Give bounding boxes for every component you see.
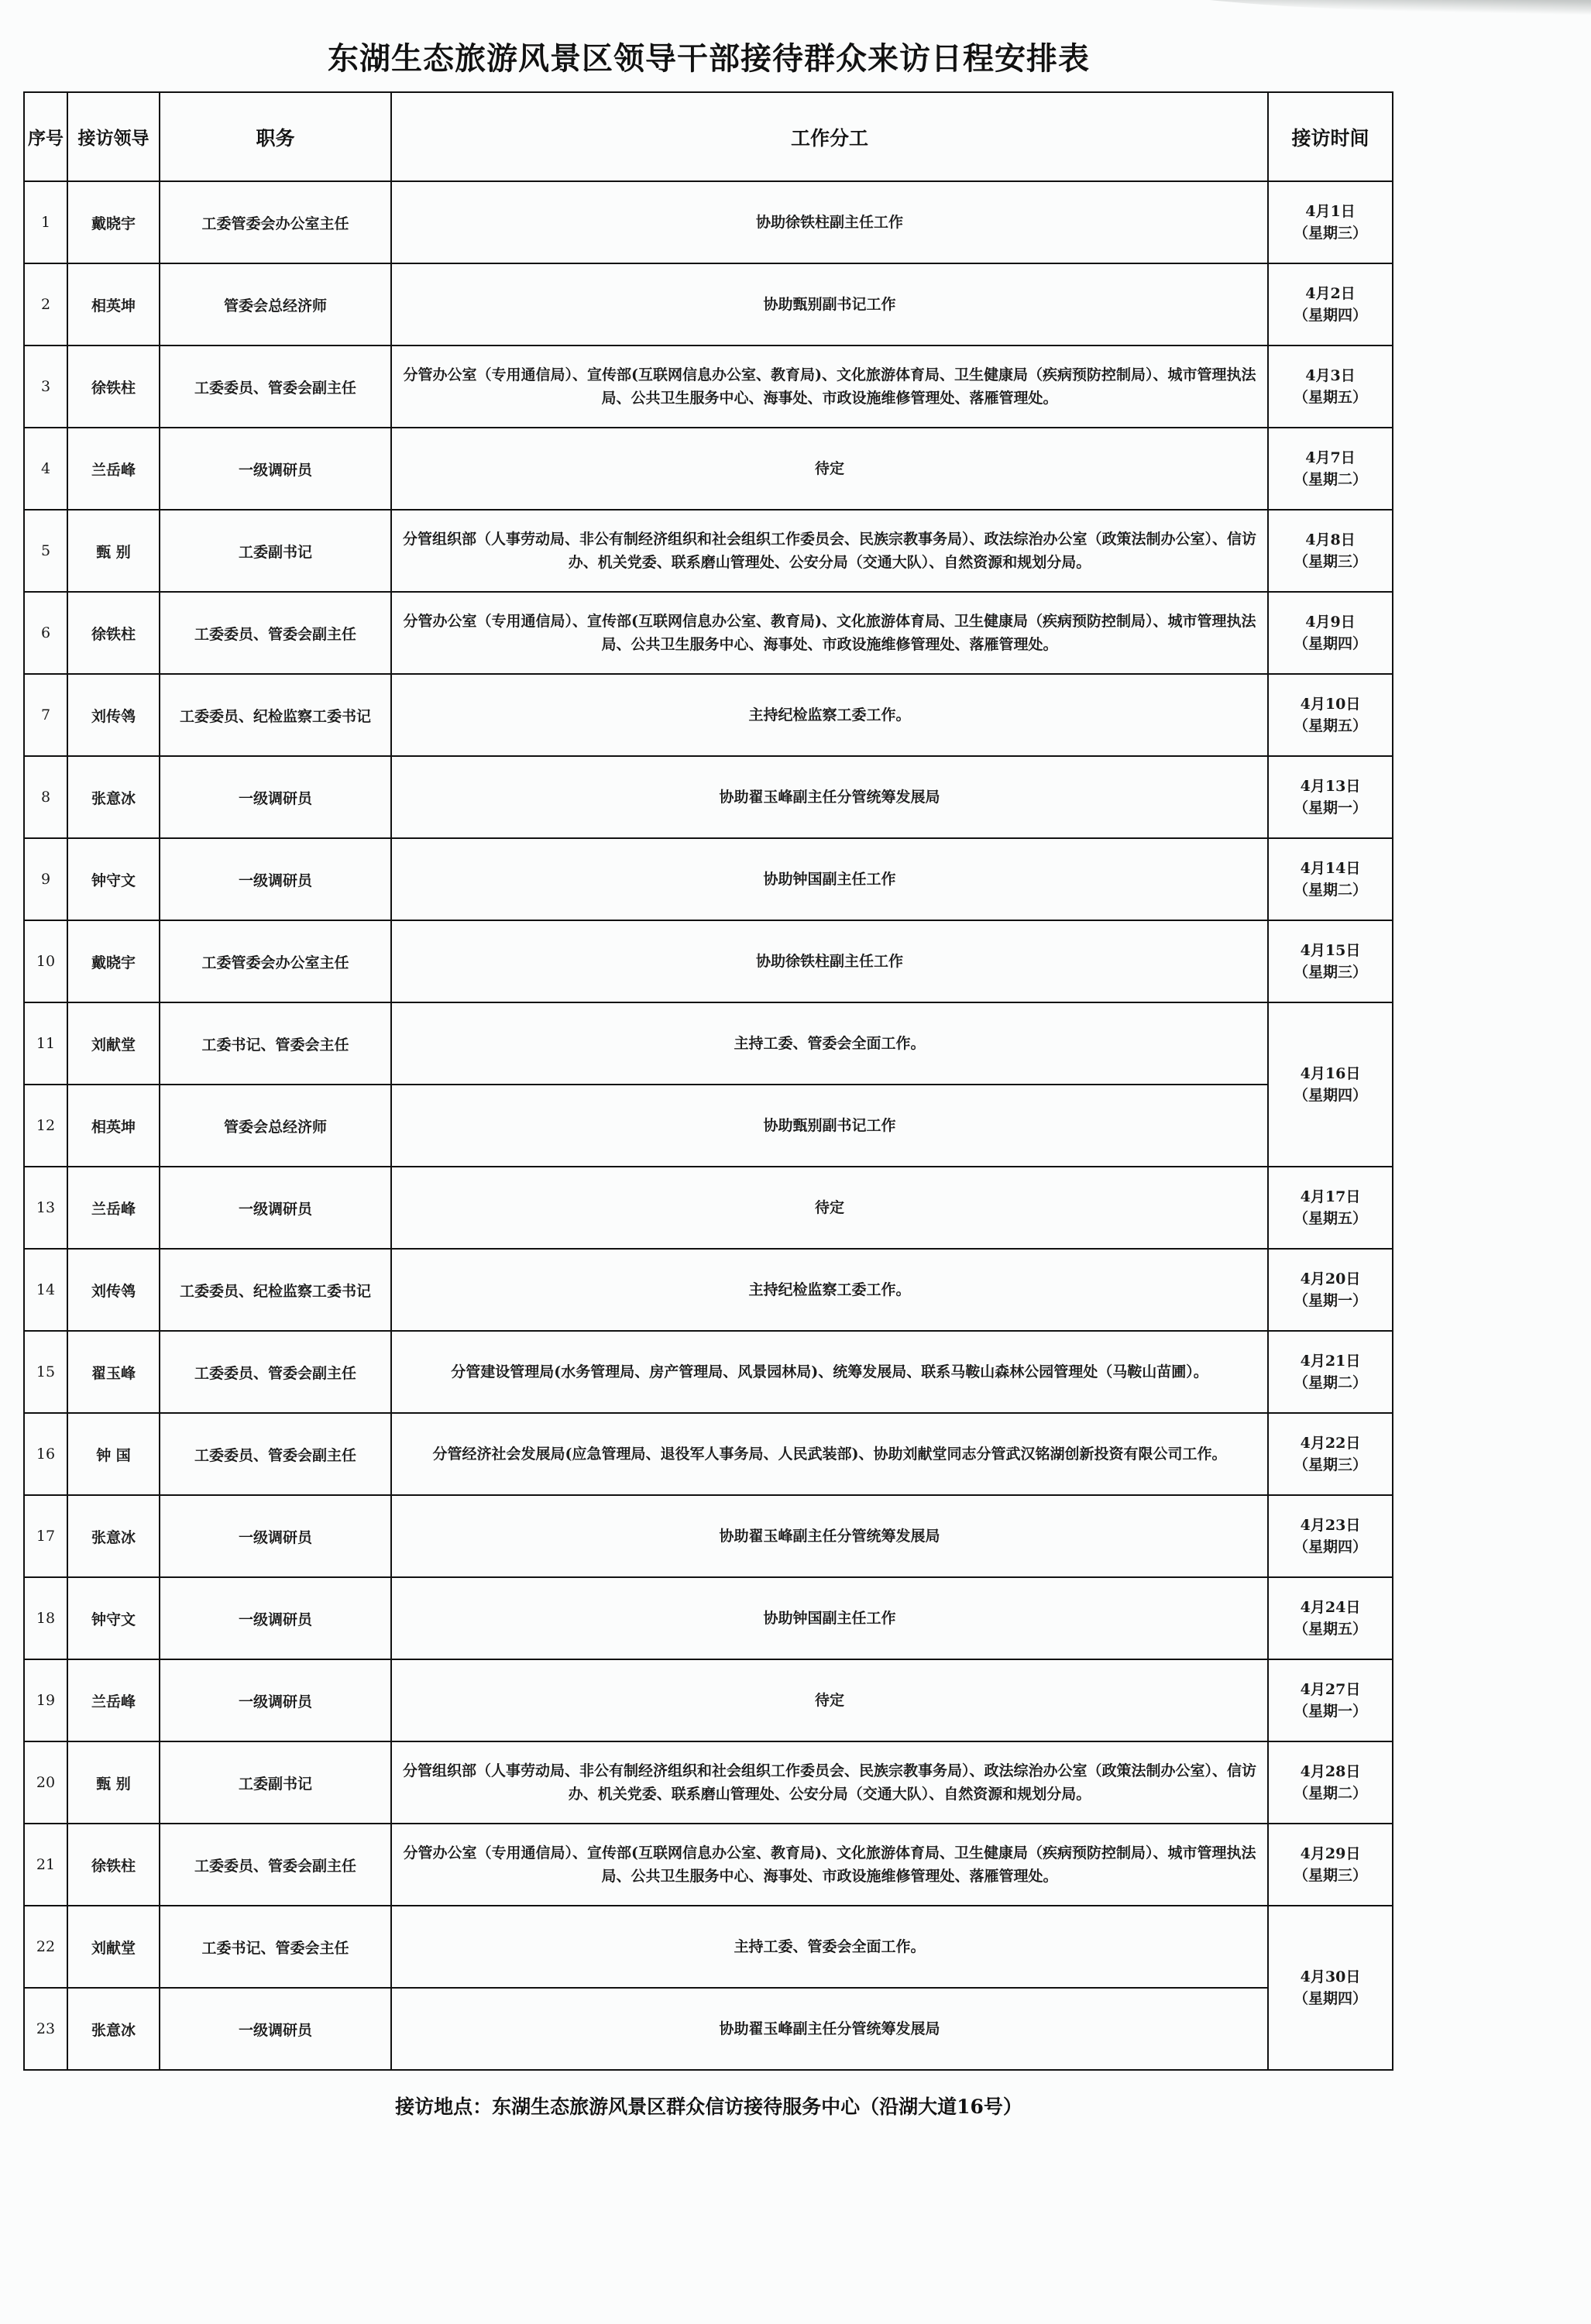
weekday-text: （星期四） (1273, 633, 1387, 655)
date-text: 4月1日 (1273, 201, 1387, 222)
weekday-text: （星期二） (1273, 879, 1387, 901)
row-leader: 刘传鸰 (67, 674, 160, 756)
row-index: 23 (24, 1988, 67, 2070)
date-text: 4月16日 (1273, 1063, 1387, 1085)
row-date: 4月14日（星期二） (1268, 838, 1393, 920)
weekday-text: （星期五） (1273, 387, 1387, 408)
row-date: 4月24日（星期五） (1268, 1577, 1393, 1659)
table-row: 4兰岳峰一级调研员待定4月7日（星期二） (24, 428, 1393, 510)
weekday-text: （星期三） (1273, 961, 1387, 983)
weekday-text: （星期三） (1273, 1454, 1387, 1476)
table-row: 19兰岳峰一级调研员待定4月27日（星期一） (24, 1659, 1393, 1741)
row-index: 10 (24, 920, 67, 1002)
row-leader: 翟玉峰 (67, 1331, 160, 1413)
row-duty: 协助徐铁柱副主任工作 (391, 920, 1268, 1002)
row-position: 工委委员、纪检监察工委书记 (160, 1249, 391, 1331)
table-row: 22刘献堂工委书记、管委会主任主持工委、管委会全面工作。4月30日（星期四） (24, 1906, 1393, 1988)
table-row: 3徐铁柱工委委员、管委会副主任分管办公室（专用通信局）、宣传部(互联网信息办公室… (24, 346, 1393, 428)
date-text: 4月20日 (1273, 1268, 1387, 1290)
table-row: 1戴晓宇工委管委会办公室主任协助徐铁柱副主任工作4月1日（星期三） (24, 181, 1393, 263)
table-row: 16钟 国工委委员、管委会副主任分管经济社会发展局(应急管理局、退役军人事务局、… (24, 1413, 1393, 1495)
table-row: 5甄 别工委副书记分管组织部（人事劳动局、非公有制经济组织和社会组织工作委员会、… (24, 510, 1393, 592)
date-text: 4月2日 (1273, 283, 1387, 304)
row-position: 工委副书记 (160, 510, 391, 592)
row-index: 1 (24, 181, 67, 263)
table-row: 11刘献堂工委书记、管委会主任主持工委、管委会全面工作。4月16日（星期四） (24, 1002, 1393, 1085)
row-position: 工委管委会办公室主任 (160, 181, 391, 263)
date-text: 4月13日 (1273, 775, 1387, 797)
row-leader: 徐铁柱 (67, 346, 160, 428)
row-leader: 相英坤 (67, 263, 160, 346)
row-date: 4月20日（星期一） (1268, 1249, 1393, 1331)
row-position: 一级调研员 (160, 756, 391, 838)
row-position: 一级调研员 (160, 1659, 391, 1741)
date-text: 4月14日 (1273, 858, 1387, 879)
header-leader: 接访领导 (67, 92, 160, 181)
table-header-row: 序号 接访领导 职务 工作分工 接访时间 (24, 92, 1393, 181)
date-text: 4月3日 (1273, 365, 1387, 387)
row-leader: 戴晓宇 (67, 181, 160, 263)
date-text: 4月24日 (1273, 1597, 1387, 1618)
row-leader: 兰岳峰 (67, 1659, 160, 1741)
row-duty: 分管办公室（专用通信局）、宣传部(互联网信息办公室、教育局)、文化旅游体育局、卫… (391, 1824, 1268, 1906)
date-text: 4月30日 (1273, 1966, 1387, 1988)
weekday-text: （星期三） (1273, 551, 1387, 572)
row-position: 一级调研员 (160, 1577, 391, 1659)
row-leader: 钟守文 (67, 1577, 160, 1659)
row-index: 7 (24, 674, 67, 756)
row-index: 3 (24, 346, 67, 428)
date-text: 4月21日 (1273, 1350, 1387, 1372)
weekday-text: （星期四） (1273, 1988, 1387, 2009)
table-row: 21徐铁柱工委委员、管委会副主任分管办公室（专用通信局）、宣传部(互联网信息办公… (24, 1824, 1393, 1906)
row-position: 一级调研员 (160, 428, 391, 510)
row-duty: 协助徐铁柱副主任工作 (391, 181, 1268, 263)
row-duty: 分管组织部（人事劳动局、非公有制经济组织和社会组织工作委员会、民族宗教事务局）、… (391, 510, 1268, 592)
row-date: 4月21日（星期二） (1268, 1331, 1393, 1413)
row-date: 4月13日（星期一） (1268, 756, 1393, 838)
row-duty: 协助钟国副主任工作 (391, 1577, 1268, 1659)
row-position: 工委书记、管委会主任 (160, 1906, 391, 1988)
table-row: 8张意冰一级调研员协助翟玉峰副主任分管统筹发展局4月13日（星期一） (24, 756, 1393, 838)
row-index: 19 (24, 1659, 67, 1741)
schedule-table: 序号 接访领导 职务 工作分工 接访时间 1戴晓宇工委管委会办公室主任协助徐铁柱… (23, 91, 1393, 2071)
weekday-text: （星期一） (1273, 1290, 1387, 1312)
row-date: 4月22日（星期三） (1268, 1413, 1393, 1495)
header-position: 职务 (160, 92, 391, 181)
row-index: 21 (24, 1824, 67, 1906)
table-row: 6徐铁柱工委委员、管委会副主任分管办公室（专用通信局）、宣传部(互联网信息办公室… (24, 592, 1393, 674)
row-index: 16 (24, 1413, 67, 1495)
weekday-text: （星期一） (1273, 797, 1387, 819)
row-duty: 协助甄别副书记工作 (391, 263, 1268, 346)
row-date: 4月7日（星期二） (1268, 428, 1393, 510)
row-index: 12 (24, 1085, 67, 1167)
row-leader: 兰岳峰 (67, 428, 160, 510)
date-text: 4月23日 (1273, 1514, 1387, 1536)
weekday-text: （星期四） (1273, 304, 1387, 326)
row-duty: 主持纪检监察工委工作。 (391, 1249, 1268, 1331)
row-date: 4月15日（星期三） (1268, 920, 1393, 1002)
row-index: 4 (24, 428, 67, 510)
reception-location-note: 接访地点：东湖生态旅游风景区群众信访接待服务中心（沿湖大道16号） (0, 2092, 1417, 2119)
row-duty: 待定 (391, 1659, 1268, 1741)
row-duty: 主持工委、管委会全面工作。 (391, 1906, 1268, 1988)
row-leader: 刘献堂 (67, 1002, 160, 1085)
row-index: 8 (24, 756, 67, 838)
row-leader: 戴晓宇 (67, 920, 160, 1002)
date-text: 4月22日 (1273, 1432, 1387, 1454)
date-text: 4月10日 (1273, 693, 1387, 715)
row-duty: 协助翟玉峰副主任分管统筹发展局 (391, 1495, 1268, 1577)
row-duty: 待定 (391, 1167, 1268, 1249)
table-row: 17张意冰一级调研员协助翟玉峰副主任分管统筹发展局4月23日（星期四） (24, 1495, 1393, 1577)
row-index: 6 (24, 592, 67, 674)
row-date: 4月1日（星期三） (1268, 181, 1393, 263)
row-date: 4月8日（星期三） (1268, 510, 1393, 592)
weekday-text: （星期三） (1273, 1865, 1387, 1886)
row-position: 工委书记、管委会主任 (160, 1002, 391, 1085)
row-position: 工委委员、管委会副主任 (160, 346, 391, 428)
row-date: 4月16日（星期四） (1268, 1002, 1393, 1167)
date-text: 4月8日 (1273, 529, 1387, 551)
weekday-text: （星期一） (1273, 1700, 1387, 1722)
row-leader: 甄 别 (67, 510, 160, 592)
weekday-text: （星期四） (1273, 1085, 1387, 1106)
row-date: 4月2日（星期四） (1268, 263, 1393, 346)
row-index: 17 (24, 1495, 67, 1577)
date-text: 4月28日 (1273, 1761, 1387, 1783)
weekday-text: （星期五） (1273, 1208, 1387, 1229)
row-index: 20 (24, 1741, 67, 1824)
row-leader: 张意冰 (67, 1988, 160, 2070)
row-index: 18 (24, 1577, 67, 1659)
row-position: 一级调研员 (160, 838, 391, 920)
row-leader: 兰岳峰 (67, 1167, 160, 1249)
row-leader: 钟守文 (67, 838, 160, 920)
row-leader: 张意冰 (67, 756, 160, 838)
row-duty: 协助翟玉峰副主任分管统筹发展局 (391, 756, 1268, 838)
table-row: 2相英坤管委会总经济师协助甄别副书记工作4月2日（星期四） (24, 263, 1393, 346)
row-duty: 分管办公室（专用通信局）、宣传部(互联网信息办公室、教育局)、文化旅游体育局、卫… (391, 346, 1268, 428)
row-position: 工委委员、管委会副主任 (160, 1331, 391, 1413)
row-position: 工委委员、管委会副主任 (160, 1824, 391, 1906)
row-duty: 协助翟玉峰副主任分管统筹发展局 (391, 1988, 1268, 2070)
table-row: 14刘传鸰工委委员、纪检监察工委书记主持纪检监察工委工作。4月20日（星期一） (24, 1249, 1393, 1331)
row-leader: 甄 别 (67, 1741, 160, 1824)
weekday-text: （星期二） (1273, 469, 1387, 490)
row-date: 4月27日（星期一） (1268, 1659, 1393, 1741)
row-leader: 徐铁柱 (67, 592, 160, 674)
table-row: 15翟玉峰工委委员、管委会副主任分管建设管理局(水务管理局、房产管理局、风景园林… (24, 1331, 1393, 1413)
row-index: 2 (24, 263, 67, 346)
row-leader: 刘传鸰 (67, 1249, 160, 1331)
row-index: 9 (24, 838, 67, 920)
row-leader: 张意冰 (67, 1495, 160, 1577)
table-row: 9钟守文一级调研员协助钟国副主任工作4月14日（星期二） (24, 838, 1393, 920)
header-date: 接访时间 (1268, 92, 1393, 181)
weekday-text: （星期二） (1273, 1372, 1387, 1394)
row-duty: 分管建设管理局(水务管理局、房产管理局、风景园林局)、统筹发展局、联系马鞍山森林… (391, 1331, 1268, 1413)
row-position: 工委管委会办公室主任 (160, 920, 391, 1002)
row-position: 工委委员、管委会副主任 (160, 592, 391, 674)
row-duty: 分管办公室（专用通信局）、宣传部(互联网信息办公室、教育局)、文化旅游体育局、卫… (391, 592, 1268, 674)
table-row: 12相英坤管委会总经济师协助甄别副书记工作 (24, 1085, 1393, 1167)
row-position: 工委委员、纪检监察工委书记 (160, 674, 391, 756)
table-row: 7刘传鸰工委委员、纪检监察工委书记主持纪检监察工委工作。4月10日（星期五） (24, 674, 1393, 756)
row-index: 14 (24, 1249, 67, 1331)
row-position: 管委会总经济师 (160, 1085, 391, 1167)
weekday-text: （星期三） (1273, 222, 1387, 244)
row-date: 4月17日（星期五） (1268, 1167, 1393, 1249)
row-index: 5 (24, 510, 67, 592)
date-text: 4月15日 (1273, 940, 1387, 961)
table-row: 10戴晓宇工委管委会办公室主任协助徐铁柱副主任工作4月15日（星期三） (24, 920, 1393, 1002)
row-index: 11 (24, 1002, 67, 1085)
weekday-text: （星期四） (1273, 1536, 1387, 1558)
date-text: 4月17日 (1273, 1186, 1387, 1208)
row-index: 22 (24, 1906, 67, 1988)
table-row: 23张意冰一级调研员协助翟玉峰副主任分管统筹发展局 (24, 1988, 1393, 2070)
row-date: 4月29日（星期三） (1268, 1824, 1393, 1906)
date-text: 4月7日 (1273, 447, 1387, 469)
table-row: 18钟守文一级调研员协助钟国副主任工作4月24日（星期五） (24, 1577, 1393, 1659)
row-date: 4月10日（星期五） (1268, 674, 1393, 756)
table-row: 20甄 别工委副书记分管组织部（人事劳动局、非公有制经济组织和社会组织工作委员会… (24, 1741, 1393, 1824)
header-duty: 工作分工 (391, 92, 1268, 181)
row-position: 一级调研员 (160, 1988, 391, 2070)
document-title: 东湖生态旅游风景区领导干部接待群众来访日程安排表 (0, 34, 1417, 78)
row-date: 4月30日（星期四） (1268, 1906, 1393, 2070)
row-leader: 钟 国 (67, 1413, 160, 1495)
row-index: 15 (24, 1331, 67, 1413)
table-row: 13兰岳峰一级调研员待定4月17日（星期五） (24, 1167, 1393, 1249)
schedule-body: 1戴晓宇工委管委会办公室主任协助徐铁柱副主任工作4月1日（星期三）2相英坤管委会… (24, 181, 1393, 2070)
date-text: 4月27日 (1273, 1679, 1387, 1700)
row-leader: 刘献堂 (67, 1906, 160, 1988)
row-duty: 主持工委、管委会全面工作。 (391, 1002, 1268, 1085)
row-position: 工委副书记 (160, 1741, 391, 1824)
weekday-text: （星期五） (1273, 1618, 1387, 1640)
row-date: 4月3日（星期五） (1268, 346, 1393, 428)
weekday-text: （星期五） (1273, 715, 1387, 737)
row-duty: 主持纪检监察工委工作。 (391, 674, 1268, 756)
row-duty: 分管组织部（人事劳动局、非公有制经济组织和社会组织工作委员会、民族宗教事务局）、… (391, 1741, 1268, 1824)
row-position: 管委会总经济师 (160, 263, 391, 346)
row-leader: 相英坤 (67, 1085, 160, 1167)
row-duty: 待定 (391, 428, 1268, 510)
scan-edge-shadow (1142, 0, 1591, 15)
weekday-text: （星期二） (1273, 1783, 1387, 1804)
row-date: 4月28日（星期二） (1268, 1741, 1393, 1824)
row-leader: 徐铁柱 (67, 1824, 160, 1906)
row-duty: 协助钟国副主任工作 (391, 838, 1268, 920)
date-text: 4月9日 (1273, 611, 1387, 633)
row-index: 13 (24, 1167, 67, 1249)
row-duty: 协助甄别副书记工作 (391, 1085, 1268, 1167)
row-duty: 分管经济社会发展局(应急管理局、退役军人事务局、人民武装部)、协助刘献堂同志分管… (391, 1413, 1268, 1495)
row-date: 4月23日（星期四） (1268, 1495, 1393, 1577)
date-text: 4月29日 (1273, 1843, 1387, 1865)
row-position: 工委委员、管委会副主任 (160, 1413, 391, 1495)
row-date: 4月9日（星期四） (1268, 592, 1393, 674)
row-position: 一级调研员 (160, 1495, 391, 1577)
row-position: 一级调研员 (160, 1167, 391, 1249)
header-index: 序号 (24, 92, 67, 181)
